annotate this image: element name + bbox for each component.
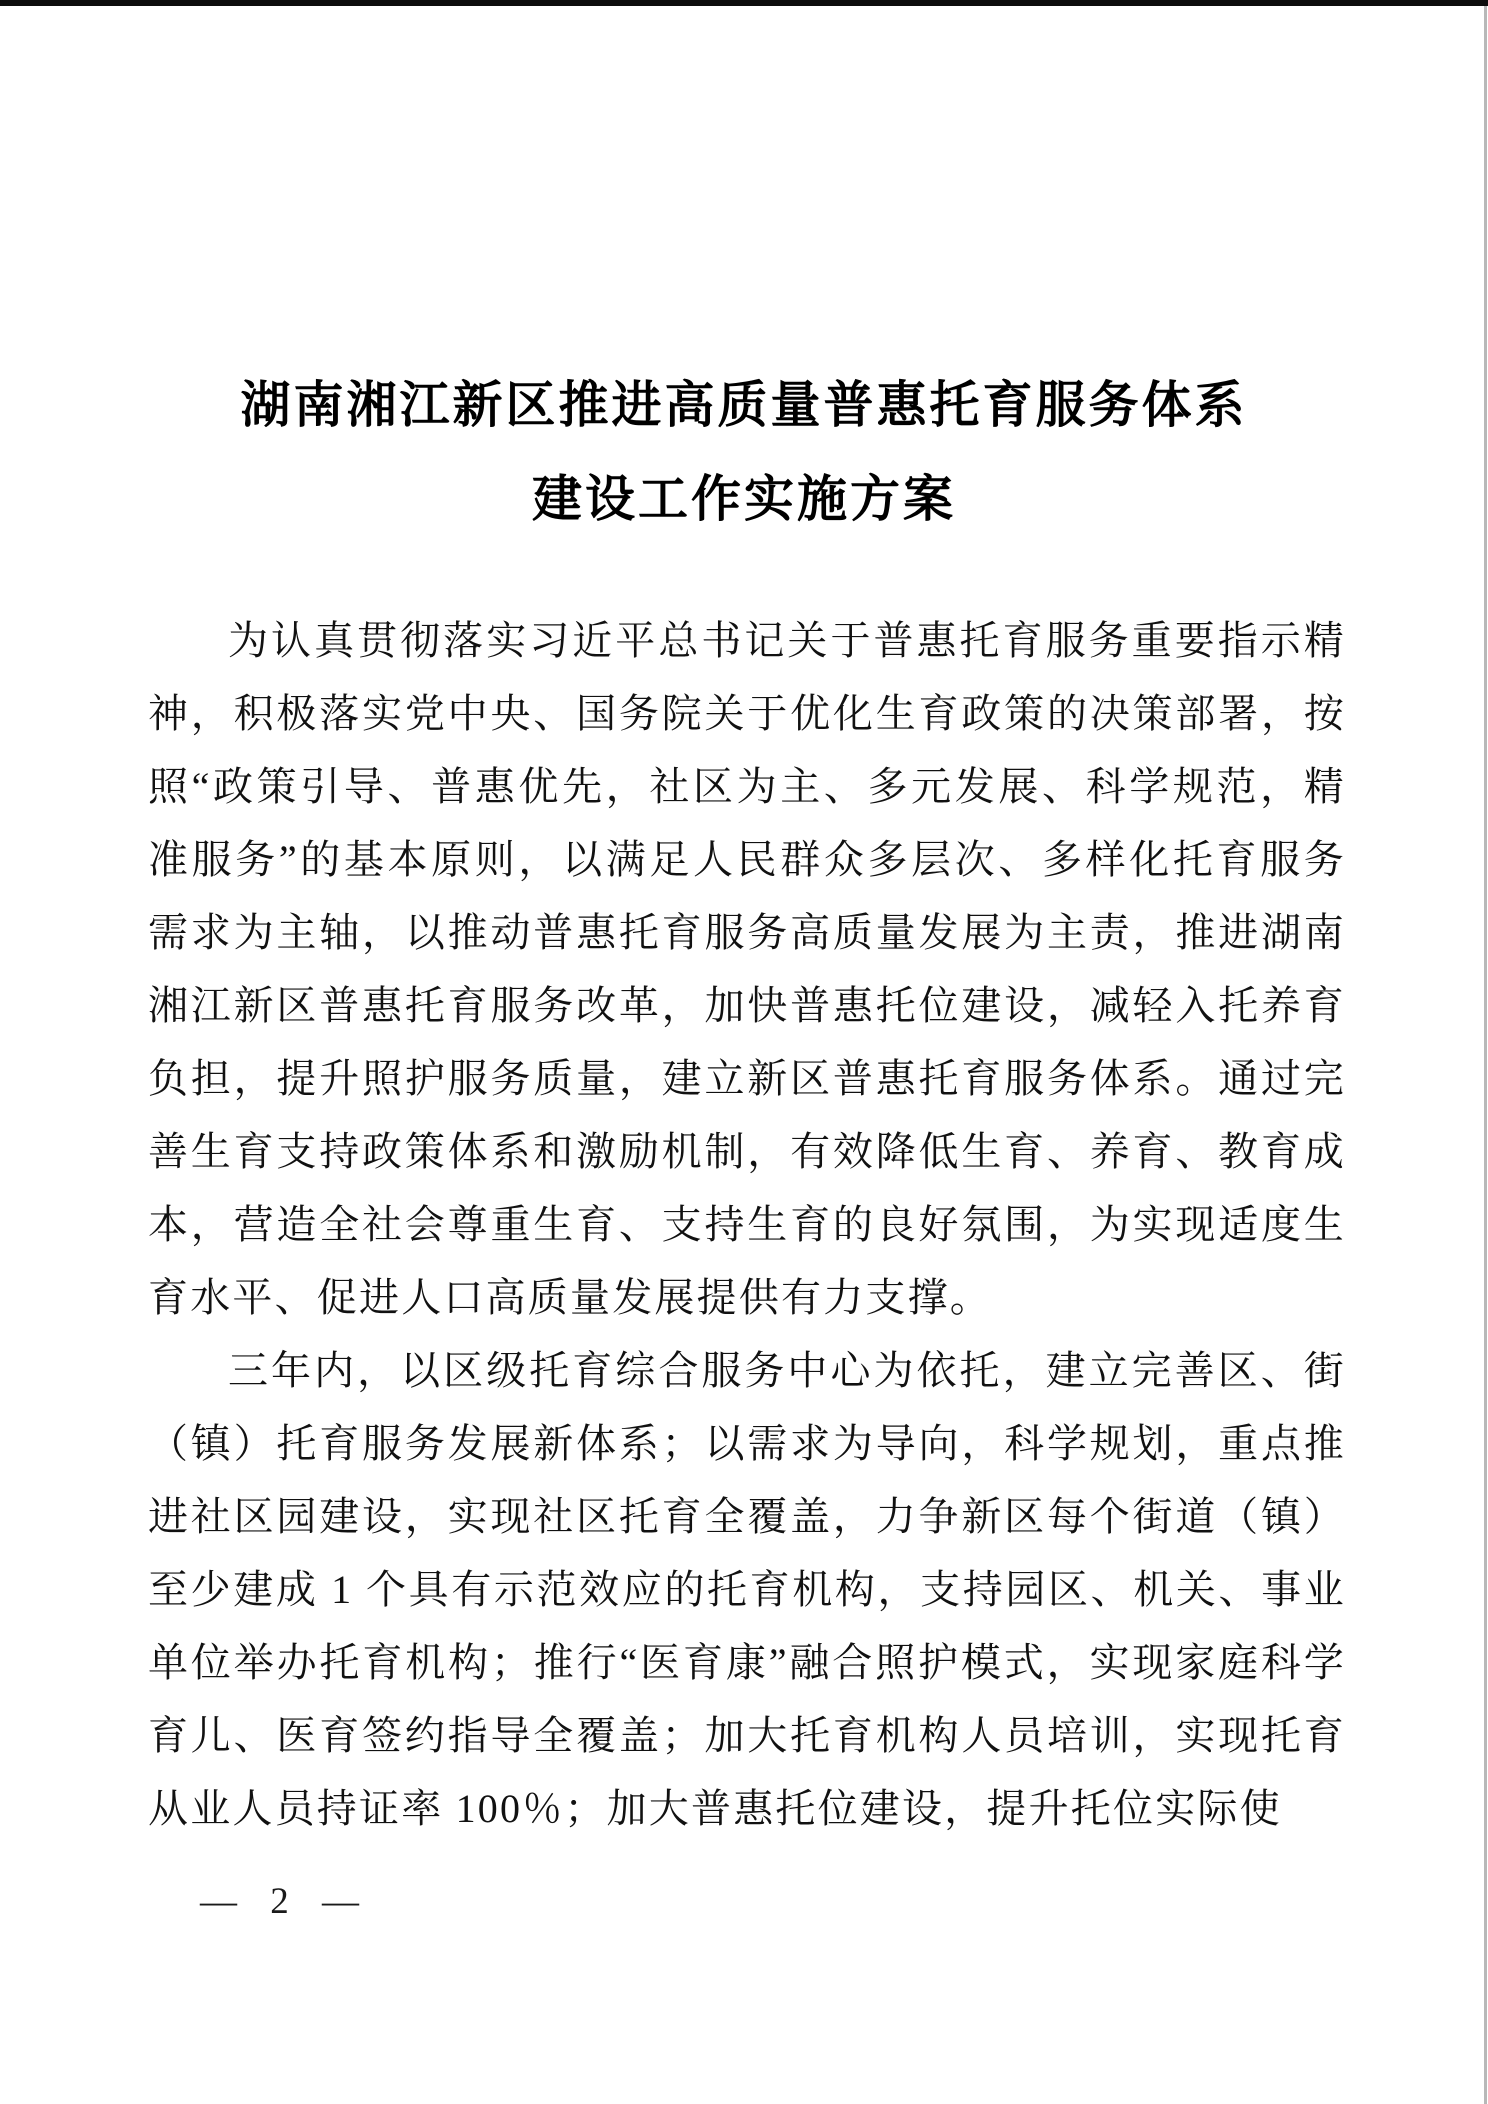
paragraph-1: 为认真贯彻落实习近平总书记关于普惠托育服务重要指示精神，积极落实党中央、国务院关… bbox=[148, 604, 1346, 1334]
scan-top-edge bbox=[0, 0, 1488, 6]
scan-right-edge bbox=[1484, 6, 1487, 2104]
document-page: 湖南湘江新区推进高质量普惠托育服务体系 建设工作实施方案 为认真贯彻落实习近平总… bbox=[0, 0, 1488, 2104]
document-title-line1: 湖南湘江新区推进高质量普惠托育服务体系 bbox=[0, 358, 1488, 452]
document-title: 湖南湘江新区推进高质量普惠托育服务体系 建设工作实施方案 bbox=[0, 358, 1488, 546]
document-title-line2: 建设工作实施方案 bbox=[0, 452, 1488, 546]
document-body: 为认真贯彻落实习近平总书记关于普惠托育服务重要指示精神，积极落实党中央、国务院关… bbox=[148, 604, 1346, 1845]
page-number: — 2 — bbox=[200, 1880, 371, 1923]
paragraph-2: 三年内，以区级托育综合服务中心为依托，建立完善区、街（镇）托育服务发展新体系；以… bbox=[148, 1334, 1346, 1845]
